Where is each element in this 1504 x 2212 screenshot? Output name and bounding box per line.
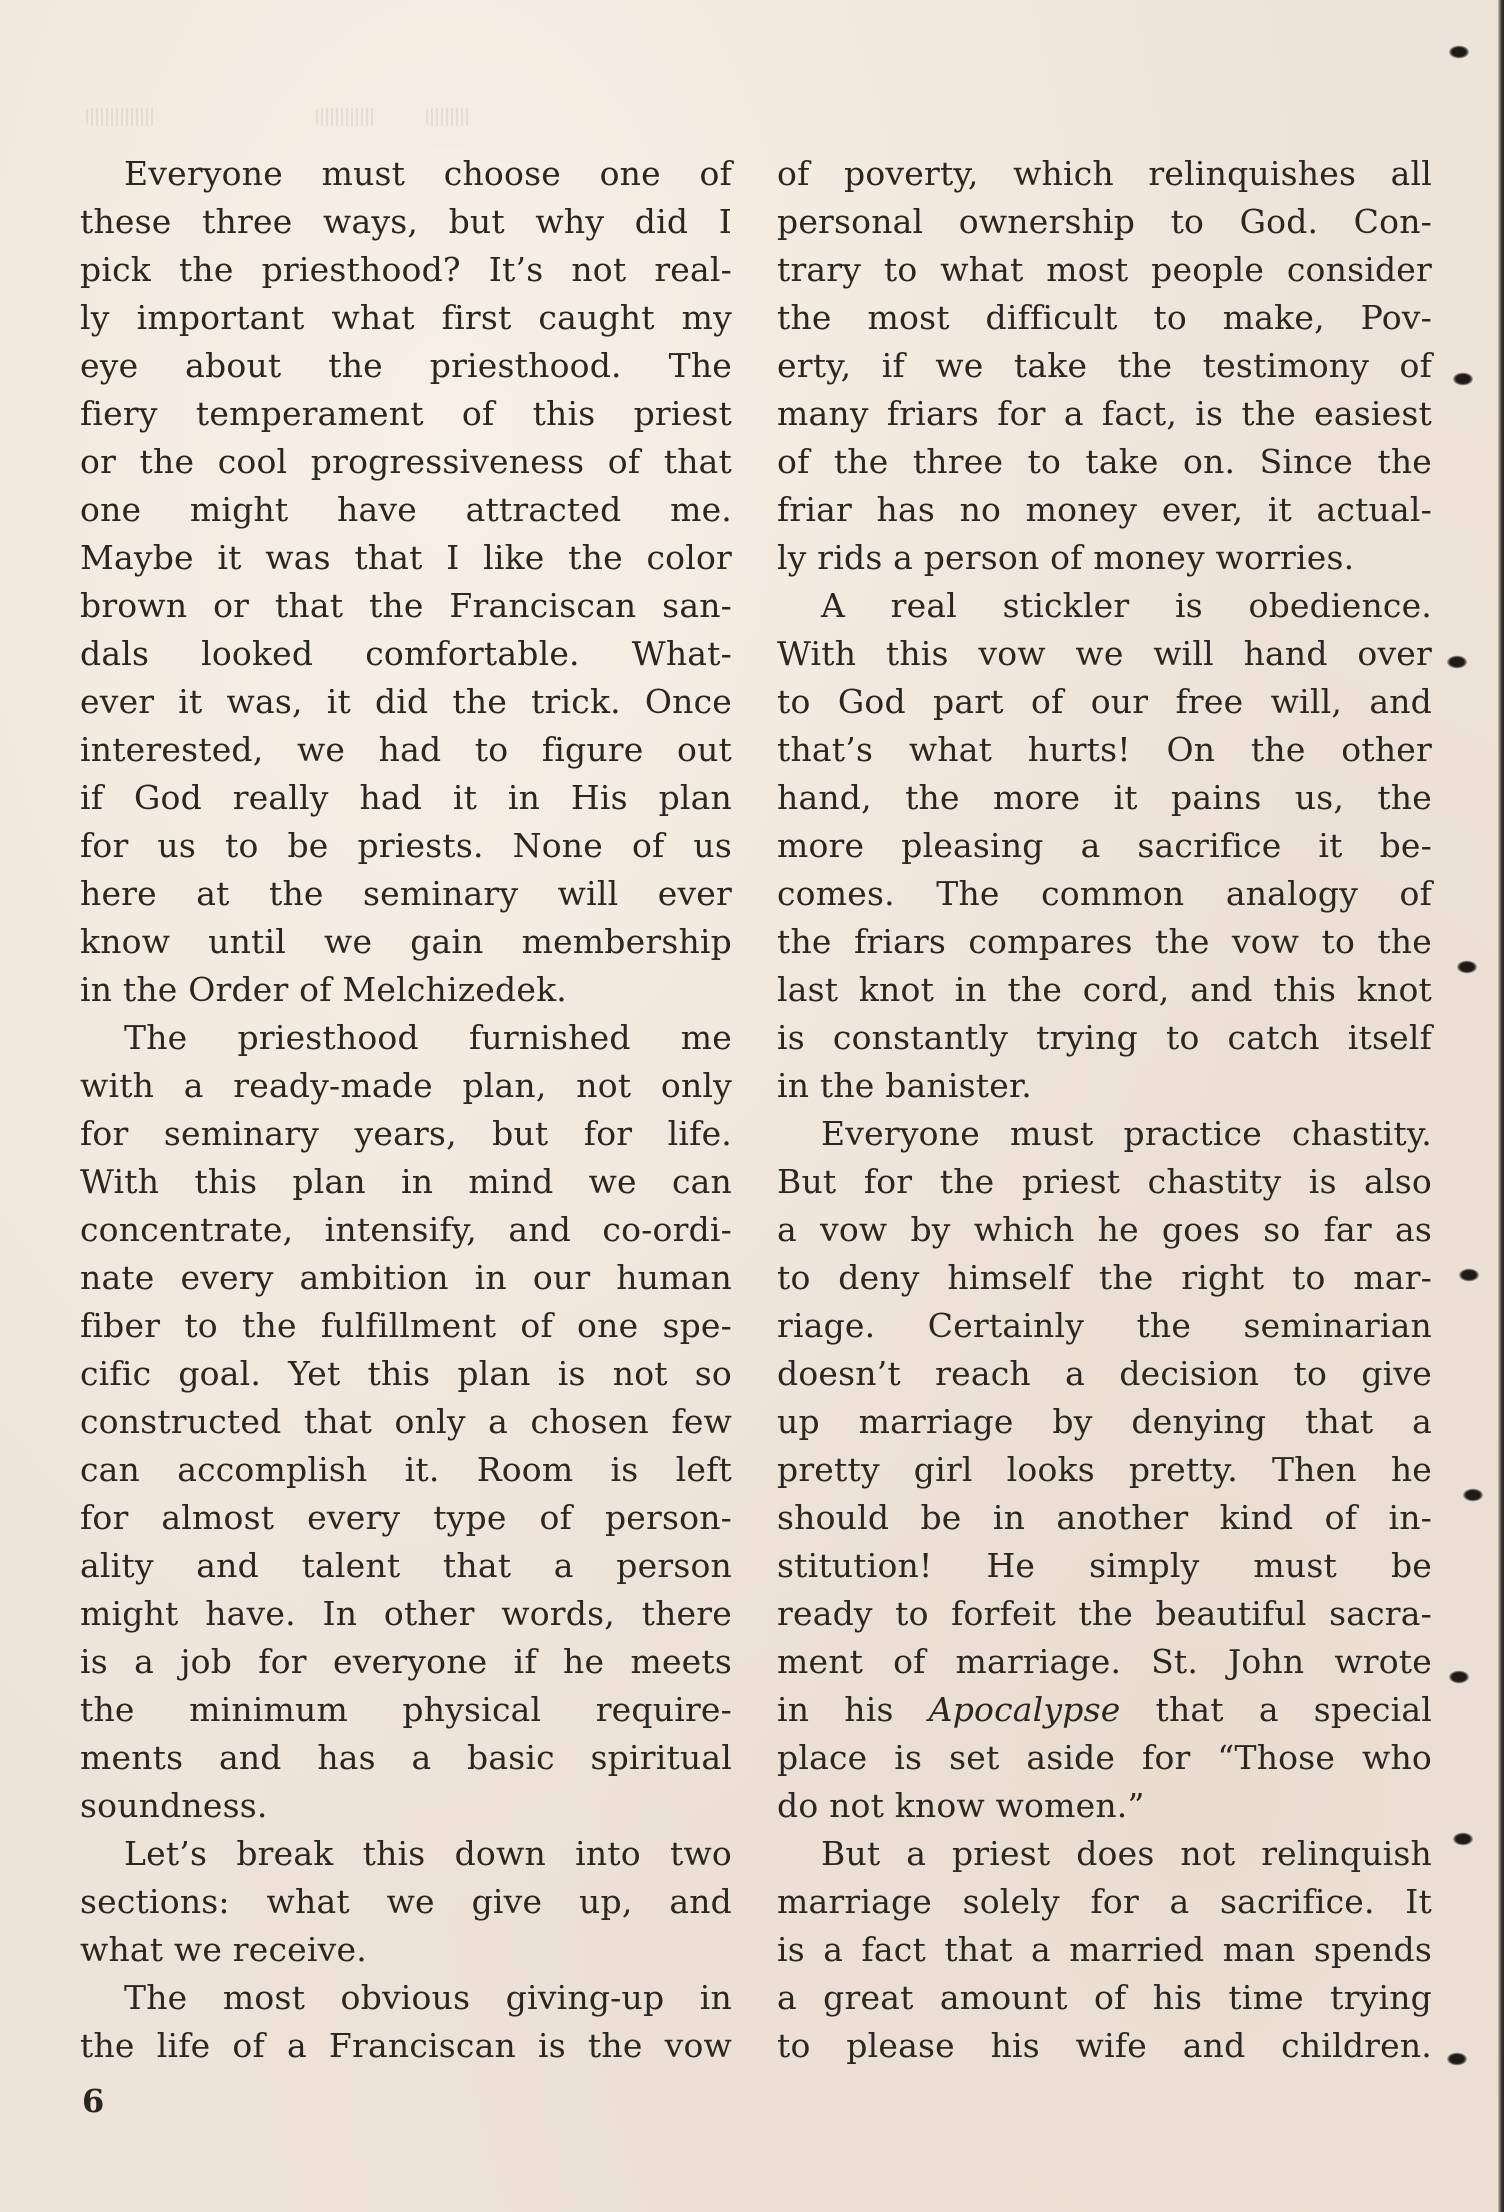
text-line: a great amount of his time trying	[777, 1974, 1432, 2022]
text-line: is a fact that a married man spends	[777, 1926, 1432, 1974]
text-line: is constantly trying to catch itself	[777, 1014, 1432, 1062]
bleed-through-smudge	[316, 108, 376, 126]
text-line: here at the seminary will ever	[80, 870, 732, 918]
staple-hole-icon	[1446, 2052, 1468, 2066]
text-line: that’s what hurts! On the other	[777, 726, 1432, 774]
text-line: if God really had it in His plan	[80, 774, 732, 822]
text-line: the friars compares the vow to the	[777, 918, 1432, 966]
text-line: a vow by which he goes so far as	[777, 1206, 1432, 1254]
text-line: more pleasing a sacrifice it be-	[777, 822, 1432, 870]
text-line: pick the priesthood? It’s not real-	[80, 246, 732, 294]
text-line: riage. Certainly the seminarian	[777, 1302, 1432, 1350]
bleed-through-smudge	[426, 108, 470, 126]
text-line: The most obvious giving-up in	[80, 1974, 732, 2022]
text-line: marriage solely for a sacrifice. It	[777, 1878, 1432, 1926]
text-line: to deny himself the right to mar-	[777, 1254, 1432, 1302]
text-line: place is set aside for “Those who	[777, 1734, 1432, 1782]
text-line: eye about the priesthood. The	[80, 342, 732, 390]
page-number: 6	[82, 2082, 104, 2120]
staple-hole-icon	[1452, 1832, 1474, 1846]
staple-hole-icon	[1446, 655, 1468, 669]
text-line: the most difficult to make, Pov-	[777, 294, 1432, 342]
bleed-through-smudge	[86, 108, 156, 126]
text-line: personal ownership to God. Con-	[777, 198, 1432, 246]
left-text-column: Everyone must choose one ofthese three w…	[80, 150, 732, 2070]
text-line: know until we gain membership	[80, 918, 732, 966]
text-line: for seminary years, but for life.	[80, 1110, 732, 1158]
text-line: Everyone must choose one of	[80, 150, 732, 198]
staple-hole-icon	[1462, 1488, 1484, 1502]
staple-hole-icon	[1448, 45, 1470, 59]
text-line: of poverty, which relinquishes all	[777, 150, 1432, 198]
text-line: for almost every type of person-	[80, 1494, 732, 1542]
italic-title: Apocalypse	[929, 1690, 1121, 1729]
text-line: dals looked comfortable. What-	[80, 630, 732, 678]
text-line: The priesthood furnished me	[80, 1014, 732, 1062]
text-line: ready to forfeit the beautiful sacra-	[777, 1590, 1432, 1638]
text-line: sections: what we give up, and	[80, 1878, 732, 1926]
text-line: last knot in the cord, and this knot	[777, 966, 1432, 1014]
text-line: the life of a Franciscan is the vow	[80, 2022, 732, 2070]
text-line: for us to be priests. None of us	[80, 822, 732, 870]
staple-hole-icon	[1458, 1268, 1480, 1282]
text-line: of the three to take on. Since the	[777, 438, 1432, 486]
text-line: ly rids a person of money worries.	[777, 534, 1432, 582]
text-line: what we receive.	[80, 1926, 732, 1974]
text-line: constructed that only a chosen few	[80, 1398, 732, 1446]
text-line: might have. In other words, there	[80, 1590, 732, 1638]
text-line: should be in another kind of in-	[777, 1494, 1432, 1542]
text-line: But a priest does not relinquish	[777, 1830, 1432, 1878]
text-line: hand, the more it pains us, the	[777, 774, 1432, 822]
text-line: one might have attracted me.	[80, 486, 732, 534]
text-line: in the banister.	[777, 1062, 1432, 1110]
staple-hole-icon	[1452, 372, 1474, 386]
text-line: erty, if we take the testimony of	[777, 342, 1432, 390]
text-line: doesn’t reach a decision to give	[777, 1350, 1432, 1398]
text-line: ever it was, it did the trick. Once	[80, 678, 732, 726]
text-line: with a ready-made plan, not only	[80, 1062, 732, 1110]
right-text-column: of poverty, which relinquishes allperson…	[777, 150, 1432, 2070]
text-line: these three ways, but why did I	[80, 198, 732, 246]
text-segment: that a special	[1120, 1690, 1432, 1729]
text-line: to please his wife and children.	[777, 2022, 1432, 2070]
text-line: to God part of our free will, and	[777, 678, 1432, 726]
text-line: soundness.	[80, 1782, 732, 1830]
text-line: comes. The common analogy of	[777, 870, 1432, 918]
text-line: do not know women.”	[777, 1782, 1432, 1830]
text-line: ments and has a basic spiritual	[80, 1734, 732, 1782]
text-line: Maybe it was that I like the color	[80, 534, 732, 582]
text-line: in his Apocalypse that a special	[777, 1686, 1432, 1734]
text-line: up marriage by denying that a	[777, 1398, 1432, 1446]
text-line: many friars for a fact, is the easiest	[777, 390, 1432, 438]
text-line: ality and talent that a person	[80, 1542, 732, 1590]
text-line: cific goal. Yet this plan is not so	[80, 1350, 732, 1398]
magazine-page: Everyone must choose one ofthese three w…	[0, 0, 1498, 2212]
text-line: or the cool progressiveness of that	[80, 438, 732, 486]
text-line: concentrate, intensify, and co-ordi-	[80, 1206, 732, 1254]
binding-edge	[1498, 0, 1504, 2212]
text-line: interested, we had to figure out	[80, 726, 732, 774]
text-line: Everyone must practice chastity.	[777, 1110, 1432, 1158]
text-line: Let’s break this down into two	[80, 1830, 732, 1878]
text-line: fiery temperament of this priest	[80, 390, 732, 438]
text-line: With this vow we will hand over	[777, 630, 1432, 678]
text-line: is a job for everyone if he meets	[80, 1638, 732, 1686]
text-line: brown or that the Franciscan san-	[80, 582, 732, 630]
text-line: With this plan in mind we can	[80, 1158, 732, 1206]
text-line: trary to what most people consider	[777, 246, 1432, 294]
text-line: the minimum physical require-	[80, 1686, 732, 1734]
text-line: A real stickler is obedience.	[777, 582, 1432, 630]
text-line: stitution! He simply must be	[777, 1542, 1432, 1590]
text-line: ment of marriage. St. John wrote	[777, 1638, 1432, 1686]
text-line: ly important what first caught my	[80, 294, 732, 342]
text-line: can accomplish it. Room is left	[80, 1446, 732, 1494]
text-line: fiber to the fulfillment of one spe-	[80, 1302, 732, 1350]
text-line: nate every ambition in our human	[80, 1254, 732, 1302]
text-segment: in his	[777, 1690, 929, 1729]
text-line: in the Order of Melchizedek.	[80, 966, 732, 1014]
text-line: pretty girl looks pretty. Then he	[777, 1446, 1432, 1494]
staple-hole-icon	[1448, 1670, 1470, 1684]
text-line: friar has no money ever, it actual-	[777, 486, 1432, 534]
text-line: But for the priest chastity is also	[777, 1158, 1432, 1206]
staple-hole-icon	[1456, 960, 1478, 974]
